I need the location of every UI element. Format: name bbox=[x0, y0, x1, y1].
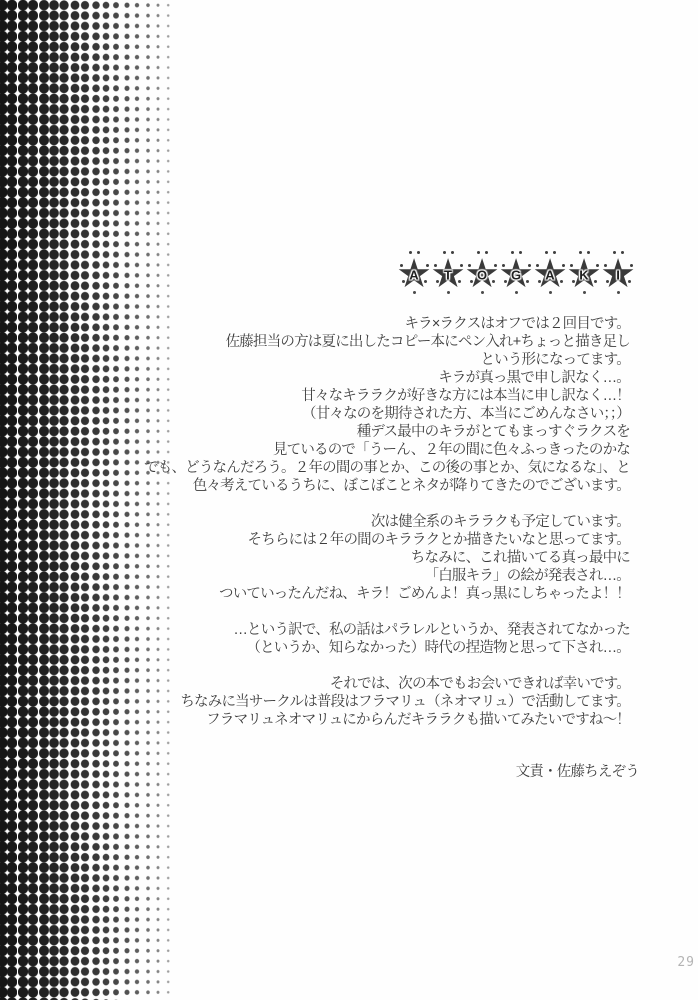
text-line: （甘々なのを期待された方、本当にごめんなさい；；） bbox=[120, 405, 630, 423]
text-line: （というか、知らなかった）時代の捏造物と思って下され…。 bbox=[120, 639, 630, 657]
title-letter: T bbox=[444, 268, 452, 283]
text-line: でも、どうなんだろう。２年の間の事とか、この後の事とか、気になるな」、と bbox=[120, 459, 630, 477]
title-star: ★ I bbox=[601, 250, 635, 300]
text-line: 佐藤担当の方は夏に出したコピー本にペン入れ+ちょっと描き足し bbox=[120, 333, 630, 351]
text-line: ちなみに当サークルは普段はフラマリュ（ネオマリュ）で活動してます。 bbox=[120, 693, 630, 711]
page-number: 29 bbox=[677, 955, 695, 970]
text-line: 甘々なキララクが好きな方には本当に申し訳なく…！ bbox=[120, 387, 630, 405]
text-line: 種デス最中のキラがとてもまっすぐラクスを bbox=[120, 423, 630, 441]
title-letter: I bbox=[616, 268, 620, 283]
author-signature: 文責・佐藤ちえぞう bbox=[120, 763, 639, 781]
title-star: ★ A bbox=[533, 250, 567, 300]
text-line: 「白服キラ」の絵が発表され…。 bbox=[120, 567, 630, 585]
title-star: ★ A bbox=[397, 250, 431, 300]
afterword-paragraph-2: 次は健全系のキララクも予定しています。 そちらには２年の間のキララクとか描きたい… bbox=[120, 513, 630, 603]
text-line: それでは、次の本でもお会いできれば幸いです。 bbox=[120, 675, 630, 693]
text-line: 色々考えているうちに、ぼこぼことネタが降りてきたのでございます。 bbox=[120, 477, 630, 495]
text-line: 次は健全系のキララクも予定しています。 bbox=[120, 513, 630, 531]
title-star: ★ G bbox=[499, 250, 533, 300]
doujinshi-afterword-page: { "icons": { "title_star": "★" }, "title… bbox=[0, 0, 698, 1000]
title-letter: A bbox=[409, 268, 418, 283]
title-star: ★ T bbox=[431, 250, 465, 300]
afterword-paragraph-1: キラ×ラクスはオフでは２回目です。 佐藤担当の方は夏に出したコピー本にペン入れ+… bbox=[120, 315, 630, 495]
text-line: ついていったんだね、キラ！ごめんよ！真っ黒にしちゃったよ！！ bbox=[120, 585, 630, 603]
text-line: 見ているので「うーん、２年の間に色々ふっきったのかな bbox=[120, 441, 630, 459]
text-line: そちらには２年の間のキララクとか描きたいなと思ってます。 bbox=[120, 531, 630, 549]
title-letter: A bbox=[545, 268, 554, 283]
afterword-paragraph-3: …という訳で、私の話はパラレルというか、発表されてなかった （というか、知らなか… bbox=[120, 621, 630, 657]
title-star: ★ K bbox=[567, 250, 601, 300]
title-letter: G bbox=[511, 268, 521, 283]
afterword-body: キラ×ラクスはオフでは２回目です。 佐藤担当の方は夏に出したコピー本にペン入れ+… bbox=[120, 315, 630, 781]
text-line: キラ×ラクスはオフでは２回目です。 bbox=[120, 315, 630, 333]
text-line: フラマリュネオマリュにからんだキララクも描いてみたいですね～！ bbox=[120, 711, 630, 729]
text-line: という形になってます。 bbox=[120, 351, 630, 369]
text-line: キラが真っ黒で申し訳なく…。 bbox=[120, 369, 630, 387]
text-line: ちなみに、これ描いてる真っ最中に bbox=[120, 549, 630, 567]
afterword-paragraph-4: それでは、次の本でもお会いできれば幸いです。 ちなみに当サークルは普段はフラマリ… bbox=[120, 675, 630, 729]
text-line: …という訳で、私の話はパラレルというか、発表されてなかった bbox=[120, 621, 630, 639]
title-star: ★ O bbox=[465, 250, 499, 300]
afterword-title: ★ A ★ T ★ O ★ G ★ A ★ K ★ I bbox=[397, 250, 635, 300]
title-letter: K bbox=[579, 268, 588, 283]
title-letter: O bbox=[477, 268, 487, 283]
